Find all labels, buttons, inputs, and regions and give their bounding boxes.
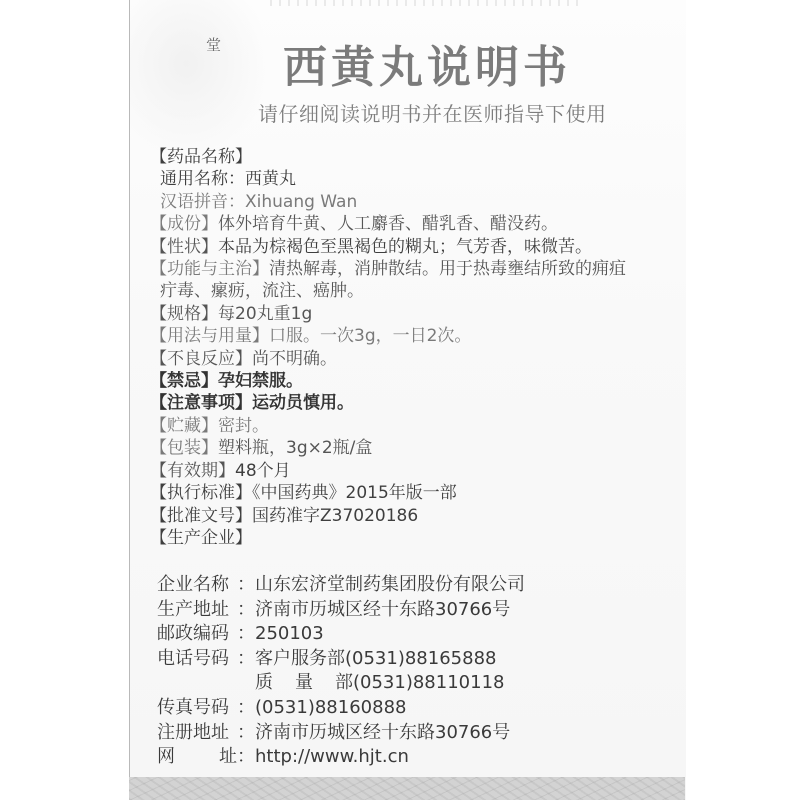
company-name-value: 山东宏济堂制药集团股份有限公司 [255,573,525,598]
website-row: 网址：http://www.hjt.cn [157,745,677,770]
section-standard: 【执行标准】《中国药典》2015年版一部 [150,482,680,504]
generic-name-value: 西黄丸 [245,169,296,189]
section-value: 孕妇禁服。 [218,371,303,391]
production-address-row: 生产地址：济南市历城区经十东路30766号 [157,598,677,623]
section-label: 【包装】 [150,438,218,458]
field-label: 企业名称 [157,573,237,598]
section-contraindications: 【禁忌】孕妇禁服。 [150,370,680,392]
top-edge-texture [270,0,580,6]
field-label: 生产地址 [157,598,237,623]
qa-phone-row: 质量部(0531)88110118 [157,671,677,696]
dept-char: 量 [295,671,313,696]
spacer [237,671,255,696]
section-ingredients: 【成份】体外培育牛黄、人工麝香、醋乳香、醋没药。 [150,213,680,235]
section-adverse-reactions: 【不良反应】尚不明确。 [150,348,680,370]
leaflet-content: 【药品名称】 通用名称：西黄丸 汉语拼音：Xihuang Wan 【成份】体外培… [150,146,680,549]
label-char: 网 [157,745,175,770]
section-label: 【功能与主治】 [150,259,269,279]
section-label: 【有效期】 [150,461,235,481]
section-label: 【不良反应】 [150,349,252,369]
separator: ： [237,647,255,672]
section-value: 疔毒、瘰疬，流注、癌肿。 [160,281,364,301]
postal-code-row: 邮政编码：250103 [157,622,677,647]
dept-name: 客户服务部 [255,648,345,669]
website-link[interactable]: http://www.hjt.cn [255,745,409,770]
section-label: 【药品名称】 [150,147,252,167]
section-packaging: 【包装】塑料瓶，3g×2瓶/盒 [150,437,680,459]
fax-value: (0531)88160888 [255,696,406,721]
registered-address-row: 注册地址：济南市历城区经十东路30766号 [157,721,677,746]
field-label: 网址 [157,745,237,770]
customer-service-phone: 客户服务部(0531)88165888 [255,647,496,672]
empty-label [157,671,237,696]
separator: ： [237,573,255,598]
pinyin-value: Xihuang Wan [245,192,357,212]
section-label: 【用法与用量】 [150,326,269,346]
section-value: 塑料瓶，3g×2瓶/盒 [218,438,372,458]
dept-char: 质 [255,671,273,696]
qa-phone: 质量部(0531)88110118 [255,671,504,696]
separator: ： [237,598,255,623]
section-label: 【性状】 [150,237,218,257]
postal-code-value: 250103 [255,622,324,647]
section-value: 《中国药典》2015年版一部 [252,483,457,503]
section-label: 【规格】 [150,304,218,324]
section-value: 本品为棕褐色至黑褐色的糊丸；气芳香，味微苦。 [218,237,592,257]
generic-name-row: 通用名称：西黄丸 [150,168,680,190]
document-title: 西黄丸说明书 [283,42,571,94]
brand-fragment: 堂 [206,34,221,55]
section-value: 密封。 [218,416,269,436]
dept-name: 质量部 [255,671,353,696]
pinyin-row: 汉语拼音：Xihuang Wan [150,191,680,213]
separator: ： [237,745,255,770]
section-storage: 【贮藏】密封。 [150,415,680,437]
section-value: 口服。一次3g，一日2次。 [269,326,471,346]
separator: ： [237,721,255,746]
section-label: 【成份】 [150,214,218,234]
section-value: 尚不明确。 [252,349,337,369]
separator: ： [237,622,255,647]
section-label: 【生产企业】 [150,528,252,548]
section-label: 【执行标准】 [150,483,252,503]
section-dosage: 【用法与用量】口服。一次3g，一日2次。 [150,325,680,347]
section-specification: 【规格】每20丸重1g [150,303,680,325]
field-label: 传真号码 [157,696,237,721]
section-value: 体外培育牛黄、人工麝香、醋乳香、醋没药。 [218,214,558,234]
section-value: 国药准字Z37020186 [252,506,418,526]
bottom-edge-texture [129,777,685,800]
section-label: 【贮藏】 [150,416,218,436]
company-name-row: 企业名称：山东宏济堂制药集团股份有限公司 [157,573,677,598]
section-value: 每20丸重1g [218,304,312,324]
phone-number: (0531)88110118 [353,672,504,693]
section-value: 清热解毒，消肿散结。用于热毒壅结所致的痈疽 [269,259,626,279]
field-label: 汉语拼音： [160,192,245,212]
dept-char: 部 [335,671,353,696]
section-approval-number: 【批准文号】国药准字Z37020186 [150,505,680,527]
section-precautions: 【注意事项】运动员慎用。 [150,392,680,414]
section-indications-continued: 疔毒、瘰疬，流注、癌肿。 [150,280,680,302]
field-label: 邮政编码 [157,622,237,647]
section-expiry: 【有效期】48个月 [150,460,680,482]
section-indications: 【功能与主治】清热解毒，消肿散结。用于热毒壅结所致的痈疽 [150,258,680,280]
phone-row: 电话号码：客户服务部(0531)88165888 [157,647,677,672]
separator: ： [237,696,255,721]
field-label: 通用名称： [160,169,245,189]
phone-number: (0531)88165888 [345,648,496,669]
section-label: 【批准文号】 [150,506,252,526]
production-address-value: 济南市历城区经十东路30766号 [255,598,510,623]
section-label: 【注意事项】 [150,393,252,413]
field-label: 注册地址 [157,721,237,746]
section-value: 运动员慎用。 [252,393,354,413]
paper-shadow [130,0,270,160]
fax-row: 传真号码：(0531)88160888 [157,696,677,721]
section-label: 【禁忌】 [150,371,218,391]
section-description: 【性状】本品为棕褐色至黑褐色的糊丸；气芳香，味微苦。 [150,236,680,258]
section-drug-name-heading: 【药品名称】 [150,146,680,168]
document-subtitle: 请仔细阅读说明书并在医师指导下使用 [258,101,607,127]
section-manufacturer-heading: 【生产企业】 [150,527,680,549]
company-info: 企业名称：山东宏济堂制药集团股份有限公司 生产地址：济南市历城区经十东路3076… [157,573,677,770]
section-value: 48个月 [235,461,291,481]
registered-address-value: 济南市历城区经十东路30766号 [255,721,510,746]
label-char: 址 [219,745,237,770]
field-label: 电话号码 [157,647,237,672]
